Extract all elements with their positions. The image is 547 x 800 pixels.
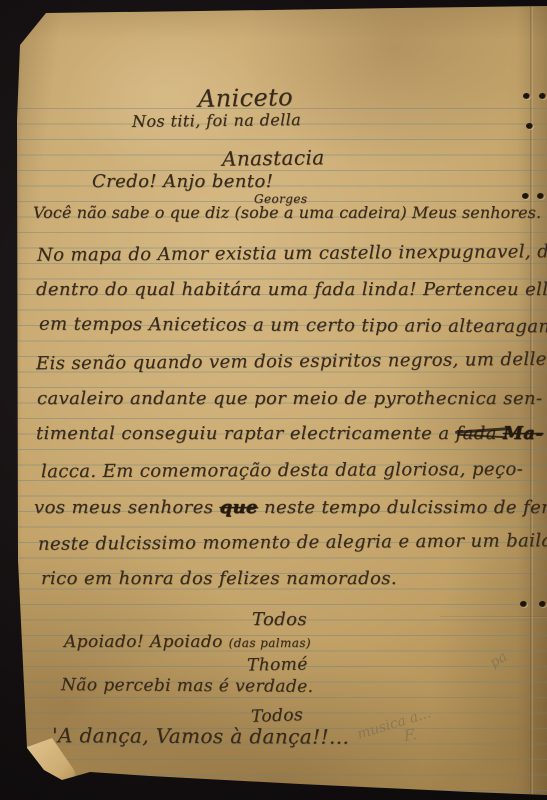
body-line-text: timental conseguiu raptar electricamente…: [36, 423, 497, 444]
manuscript-page: Aniceto Nos titi, foi na della Anastacia…: [0, 0, 547, 800]
pin-hole: [539, 93, 546, 99]
body-line-text: neste tempo dulcissimo de ferias e: [264, 497, 547, 518]
horizontal-crease: [440, 616, 547, 618]
crossed-out-word: Ma-: [503, 423, 543, 444]
pin-hole: [522, 193, 529, 199]
pin-hole: [537, 193, 544, 199]
pencil-annotation: musica a...: [355, 705, 433, 743]
body-line: cavaleiro andante que por meio de pyroth…: [37, 388, 542, 409]
dialogue-line-apoiado: Apoiado! Apoiado (das palmas): [64, 632, 311, 652]
pin-hole: [523, 93, 530, 99]
body-line: em tempos Aniceticos a um certo tipo ari…: [39, 314, 547, 338]
body-line: neste dulcissimo momento de alegria e am…: [38, 530, 547, 555]
pencil-annotation: pa: [487, 649, 510, 672]
pencil-annotation: F.: [403, 725, 418, 745]
body-line: No mapa do Amor existia um castello inex…: [37, 241, 547, 266]
photograph-background: Aniceto Nos titi, foi na della Anastacia…: [0, 0, 547, 800]
body-line: lacca. Em comemoração desta data glorios…: [41, 459, 523, 483]
body-line: Eis senão quando vem dois espiritos negr…: [36, 349, 547, 375]
pin-hole: [520, 601, 527, 607]
body-line: dentro do qual habitára uma fada linda! …: [36, 279, 547, 300]
dialogue-text: Apoiado! Apoiado: [64, 632, 223, 652]
dialogue-line-voce: Você não sabe o que diz (sobe a uma cade…: [33, 203, 541, 222]
dialogue-line-credo: Credo! Anjo bento!: [92, 171, 273, 192]
crossed-out-word: que: [220, 497, 258, 518]
body-line: rico em honra dos felizes namorados.: [41, 568, 397, 589]
dialogue-line-percebi: Não percebi mas é verdade.: [61, 675, 314, 697]
subtitle-line: Nos titi, foi na della: [132, 110, 301, 131]
pin-hole: [526, 123, 533, 129]
stage-direction-todos: Todos: [252, 609, 307, 630]
speaker-heading-anastacia: Anastacia: [222, 145, 325, 170]
body-line: timental conseguiu raptar electricamente…: [36, 423, 543, 444]
page-title: Aniceto: [198, 83, 293, 113]
body-line-text: vos meus senhores: [34, 497, 213, 518]
body-line: vos meus senhores que neste tempo dulcis…: [34, 497, 547, 518]
stage-note-palmas: (das palmas): [229, 636, 311, 650]
pin-hole: [539, 601, 546, 607]
speaker-heading-thome: Thomé: [247, 654, 308, 675]
dialogue-line-danca: 'A dança, Vamos à dança!!...: [52, 723, 349, 749]
